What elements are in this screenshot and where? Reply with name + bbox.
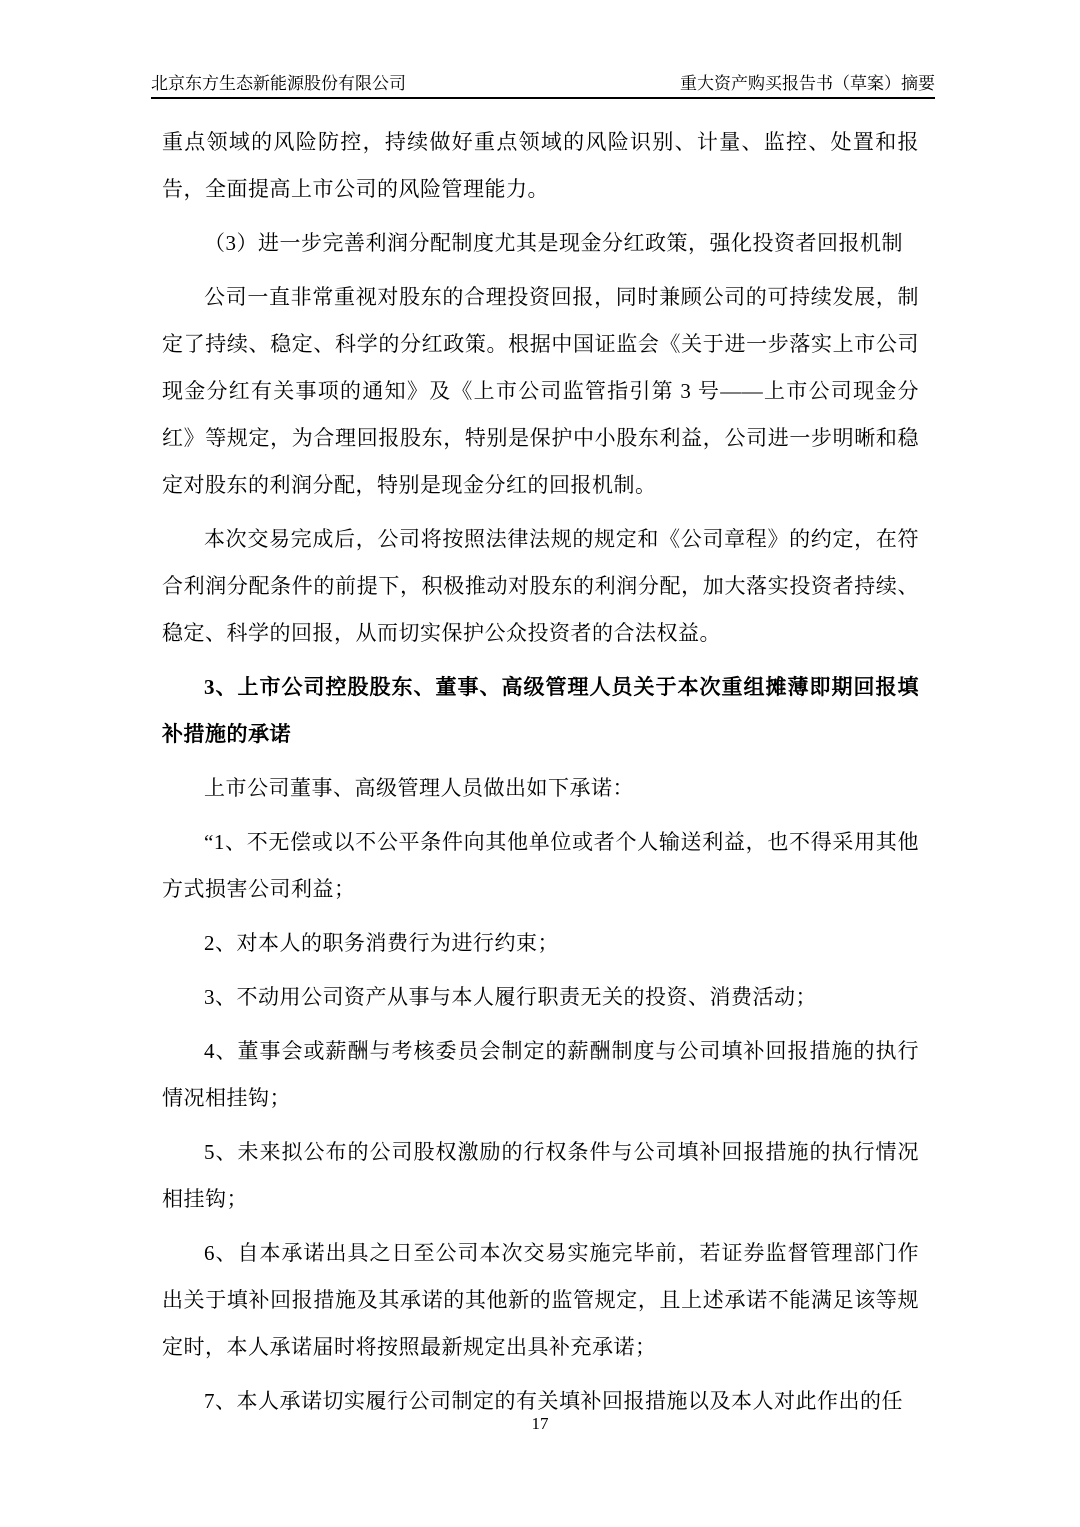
page-header: 北京东方生态新能源股份有限公司 重大资产购买报告书（草案）摘要 (151, 74, 935, 99)
paragraph-commitment-item-3: 3、不动用公司资产从事与本人履行职责无关的投资、消费活动； (162, 974, 919, 1021)
heading-commitment-of-controlling-shareholders: 3、上市公司控股股东、董事、高级管理人员关于本次重组摊薄即期回报填补措施的承诺 (162, 664, 919, 758)
paragraph-risk-control-continuation: 重点领域的风险防控，持续做好重点领域的风险识别、计量、监控、处置和报告，全面提高… (162, 119, 919, 213)
paragraph-commitment-item-1: “1、不无偿或以不公平条件向其他单位或者个人输送利益，也不得采用其他方式损害公司… (162, 819, 919, 913)
paragraph-commitment-intro: 上市公司董事、高级管理人员做出如下承诺： (162, 765, 919, 812)
paragraph-subheading-3-dividend-policy: （3）进一步完善利润分配制度尤其是现金分红政策，强化投资者回报机制 (162, 220, 919, 267)
page-footer: 17 (0, 1412, 1080, 1436)
document-body: 重点领域的风险防控，持续做好重点领域的风险识别、计量、监控、处置和报告，全面提高… (162, 119, 919, 1432)
document-page: 北京东方生态新能源股份有限公司 重大资产购买报告书（草案）摘要 重点领域的风险防… (0, 0, 1080, 1527)
paragraph-commitment-item-4: 4、董事会或薪酬与考核委员会制定的薪酬制度与公司填补回报措施的执行情况相挂钩； (162, 1028, 919, 1122)
paragraph-post-transaction-distribution: 本次交易完成后，公司将按照法律法规的规定和《公司章程》的约定，在符合利润分配条件… (162, 516, 919, 657)
paragraph-dividend-policy-detail: 公司一直非常重视对股东的合理投资回报，同时兼顾公司的可持续发展，制定了持续、稳定… (162, 274, 919, 509)
page-number: 17 (532, 1414, 549, 1433)
header-company-name: 北京东方生态新能源股份有限公司 (151, 74, 406, 94)
paragraph-commitment-item-2: 2、对本人的职务消费行为进行约束； (162, 920, 919, 967)
paragraph-commitment-item-6: 6、自本承诺出具之日至公司本次交易实施完毕前，若证券监督管理部门作出关于填补回报… (162, 1230, 919, 1371)
paragraph-commitment-item-5: 5、未来拟公布的公司股权激励的行权条件与公司填补回报措施的执行情况相挂钩； (162, 1129, 919, 1223)
header-doc-title: 重大资产购买报告书（草案）摘要 (680, 74, 935, 94)
